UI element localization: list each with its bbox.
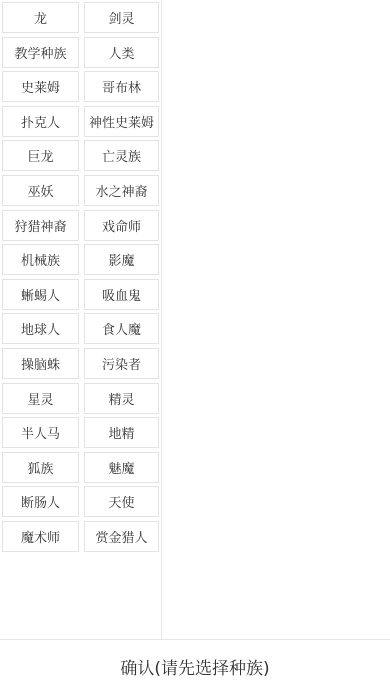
race-list-pane: 龙 剑灵 教学种族 人类 史莱姆 哥布林 扑克人 神性史莱姆 巨龙 亡灵族 巫妖… — [0, 0, 162, 639]
race-option[interactable]: 精灵 — [84, 383, 159, 414]
race-option[interactable]: 巨龙 — [2, 140, 79, 171]
race-option[interactable]: 地球人 — [2, 313, 79, 344]
footer-bar: 确认(请先选择种族) — [0, 639, 390, 693]
race-option[interactable]: 哥布林 — [84, 71, 159, 102]
race-detail-pane — [162, 0, 390, 639]
race-option[interactable]: 吸血鬼 — [84, 279, 159, 310]
race-option[interactable]: 神性史莱姆 — [84, 106, 159, 137]
race-option[interactable]: 影魔 — [84, 244, 159, 275]
race-option[interactable]: 地精 — [84, 417, 159, 448]
race-option[interactable]: 龙 — [2, 2, 79, 33]
race-option[interactable]: 史莱姆 — [2, 71, 79, 102]
race-option[interactable]: 扑克人 — [2, 106, 79, 137]
race-option[interactable]: 蜥蜴人 — [2, 279, 79, 310]
race-option[interactable]: 巫妖 — [2, 175, 79, 206]
confirm-button[interactable]: 确认(请先选择种族) — [120, 654, 269, 679]
race-option[interactable]: 人类 — [84, 37, 159, 68]
race-option[interactable]: 断肠人 — [2, 486, 79, 517]
race-option[interactable]: 水之神裔 — [84, 175, 159, 206]
race-option[interactable]: 操脑蛛 — [2, 348, 79, 379]
race-option[interactable]: 食人魔 — [84, 313, 159, 344]
race-option[interactable]: 狐族 — [2, 452, 79, 483]
race-option[interactable]: 半人马 — [2, 417, 79, 448]
race-option[interactable]: 星灵 — [2, 383, 79, 414]
race-option[interactable]: 赏金猎人 — [84, 521, 159, 552]
race-option[interactable]: 教学种族 — [2, 37, 79, 68]
race-option[interactable]: 剑灵 — [84, 2, 159, 33]
race-option[interactable]: 天使 — [84, 486, 159, 517]
race-option[interactable]: 魔术师 — [2, 521, 79, 552]
race-option[interactable]: 狩猎神裔 — [2, 210, 79, 241]
race-grid: 龙 剑灵 教学种族 人类 史莱姆 哥布林 扑克人 神性史莱姆 巨龙 亡灵族 巫妖… — [2, 2, 159, 552]
race-option[interactable]: 亡灵族 — [84, 140, 159, 171]
race-option[interactable]: 魅魔 — [84, 452, 159, 483]
race-option[interactable]: 污染者 — [84, 348, 159, 379]
race-option[interactable]: 机械族 — [2, 244, 79, 275]
race-option[interactable]: 戏命师 — [84, 210, 159, 241]
